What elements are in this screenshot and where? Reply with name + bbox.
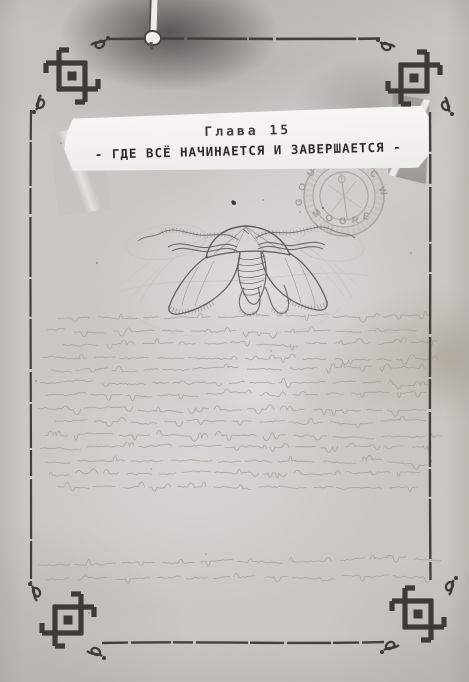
chapter-title: - ГДЕ ВСЁ НАЧИНАЕТСЯ И ЗАВЕРШАЕТСЯ - [95,141,402,161]
dust-specks [0,0,2,2]
string-knot [144,30,162,46]
light-patch [180,330,340,450]
soot-smudge [30,0,310,108]
chapter-number-label: Глава 15 [204,124,291,139]
paper-stain [408,295,469,425]
